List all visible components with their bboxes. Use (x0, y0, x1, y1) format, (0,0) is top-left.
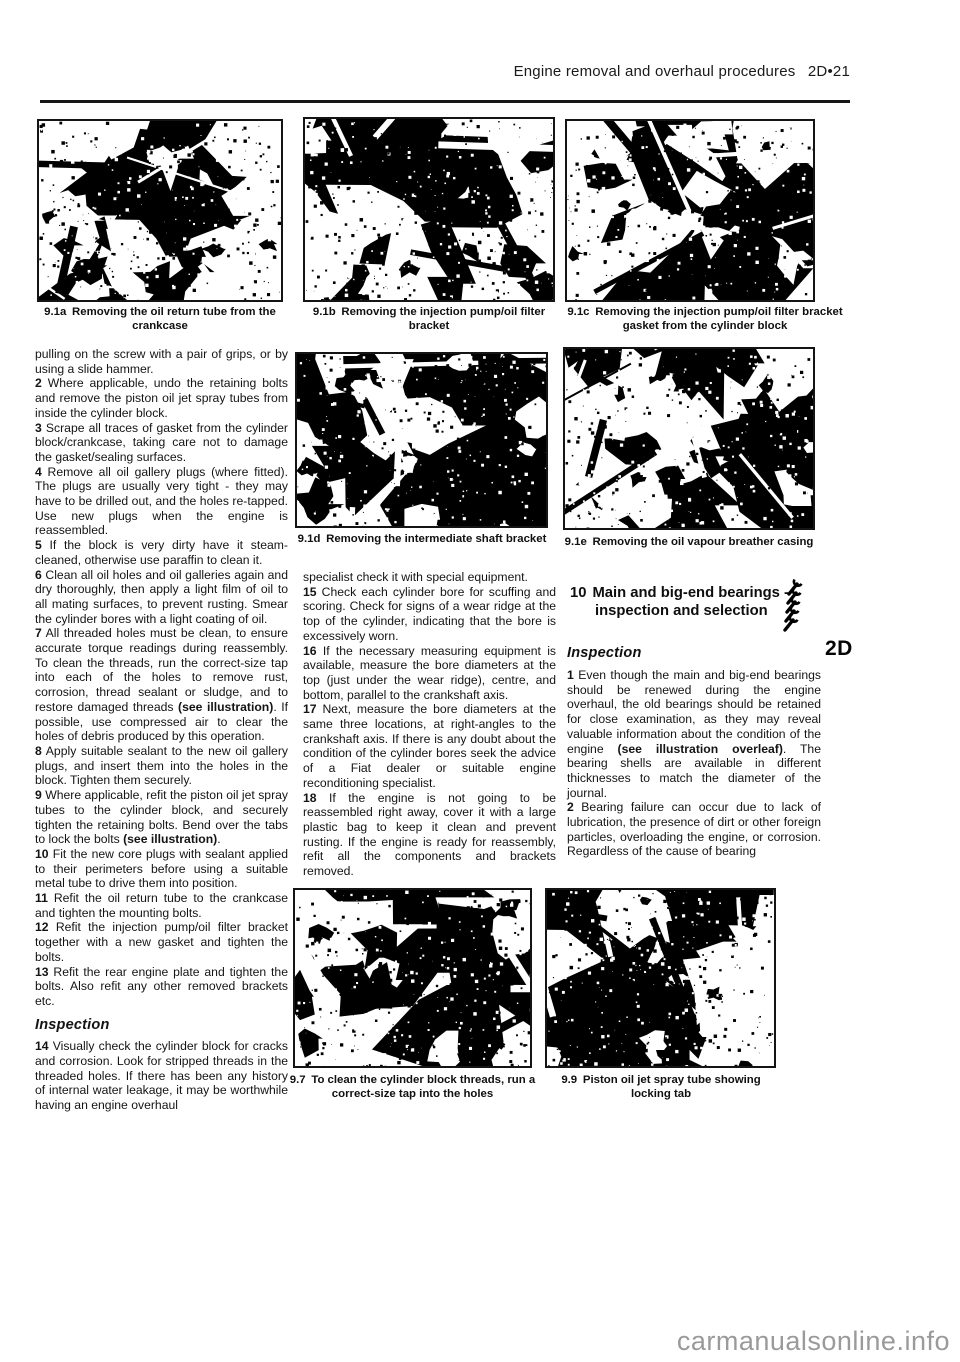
inspection-heading-right: Inspection (567, 645, 642, 661)
paragraph: 18 If the engine is not going to be reas… (303, 791, 556, 879)
paragraph: 12 Refit the injection pump/oil filter b… (35, 920, 288, 964)
text-column-left: pulling on the screw with a pair of grip… (35, 347, 288, 1113)
bearing-paragraphs: 1 Even though the main and big-end beari… (567, 668, 821, 859)
manual-page: Engine removal and overhaul procedures 2… (0, 0, 960, 1362)
paragraph: 13 Refit the rear engine plate and tight… (35, 965, 288, 1009)
watermark-text: carmanualsonline.info (677, 1326, 950, 1357)
figure-9-9-photo (545, 888, 776, 1068)
paragraph: 8 Apply suitable sealant to the new oil … (35, 744, 288, 788)
figure-9-1c-photo (565, 119, 815, 302)
page-number: 2D•21 (808, 63, 850, 80)
paragraph: 1 Even though the main and big-end beari… (567, 668, 821, 800)
page-header: Engine removal and overhaul procedures 2… (0, 63, 850, 80)
figure-9-1d-caption: 9.1d Removing the intermediate shaft bra… (297, 533, 547, 547)
figure-9-1e-photo (563, 347, 815, 530)
page-header-title: Engine removal and overhaul procedures (514, 63, 796, 80)
figure-9-7-photo (293, 888, 532, 1068)
steps-1-13: pulling on the screw with a pair of grip… (35, 347, 288, 1009)
paragraph: 11 Refit the oil return tube to the cran… (35, 891, 288, 920)
figure-9-1b-photo (303, 117, 555, 302)
text-column-right: 1 Even though the main and big-end beari… (567, 668, 821, 859)
section-number: 10 (570, 585, 586, 601)
paragraph: 4 Remove all oil gallery plugs (where fi… (35, 465, 288, 539)
paragraph: 2 Bearing failure can occur due to lack … (567, 800, 821, 859)
paragraph: 6 Clean all oil holes and oil galleries … (35, 568, 288, 627)
figure-9-1c-caption: 9.1c Removing the injection pump/oil fil… (559, 306, 851, 334)
paragraph: 16 If the necessary measuring equipment … (303, 644, 556, 703)
paragraph: 15 Check each cylinder bore for scuffing… (303, 585, 556, 644)
paragraph: specialist check it with special equipme… (303, 570, 556, 585)
paragraph: 5 If the block is very dirty have it ste… (35, 538, 288, 567)
paragraph: 14 Visually check the cylinder block for… (35, 1039, 288, 1113)
chapter-tab: 2D (825, 637, 853, 661)
text-column-middle: specialist check it with special equipme… (303, 570, 556, 879)
figure-9-9-caption: 9.9 Piston oil jet spray tube showing lo… (541, 1074, 781, 1102)
paragraph: 9 Where applicable, refit the piston oil… (35, 788, 288, 847)
section-10-heading: 10Main and big-end bearings - inspection… (570, 584, 807, 620)
steps-15-18: specialist check it with special equipme… (303, 570, 556, 879)
section-title: Main and big-end bearings - inspection a… (592, 585, 788, 619)
step-14: 14 Visually check the cylinder block for… (35, 1039, 288, 1113)
figure-9-1a-caption: 9.1a Removing the oil return tube from t… (31, 306, 289, 334)
figure-9-1d-photo (295, 352, 548, 528)
paragraph: 10 Fit the new core plugs with sealant a… (35, 847, 288, 891)
paragraph: 2 Where applicable, undo the retaining b… (35, 376, 288, 420)
figure-9-1e-caption: 9.1e Removing the oil vapour breather ca… (561, 536, 817, 550)
difficulty-spanners-icon (781, 577, 807, 640)
paragraph: 7 All threaded holes must be clean, to e… (35, 626, 288, 744)
header-rule (40, 100, 850, 103)
figure-9-1a-photo (37, 119, 283, 302)
inspection-heading-left: Inspection (35, 1018, 288, 1033)
figure-9-1b-caption: 9.1b Removing the injection pump/oil fil… (299, 306, 559, 334)
paragraph: 17 Next, measure the bore diameters at t… (303, 702, 556, 790)
paragraph: 3 Scrape all traces of gasket from the c… (35, 421, 288, 465)
paragraph: pulling on the screw with a pair of grip… (35, 347, 288, 376)
figure-9-7-caption: 9.7 To clean the cylinder block threads,… (289, 1074, 536, 1102)
